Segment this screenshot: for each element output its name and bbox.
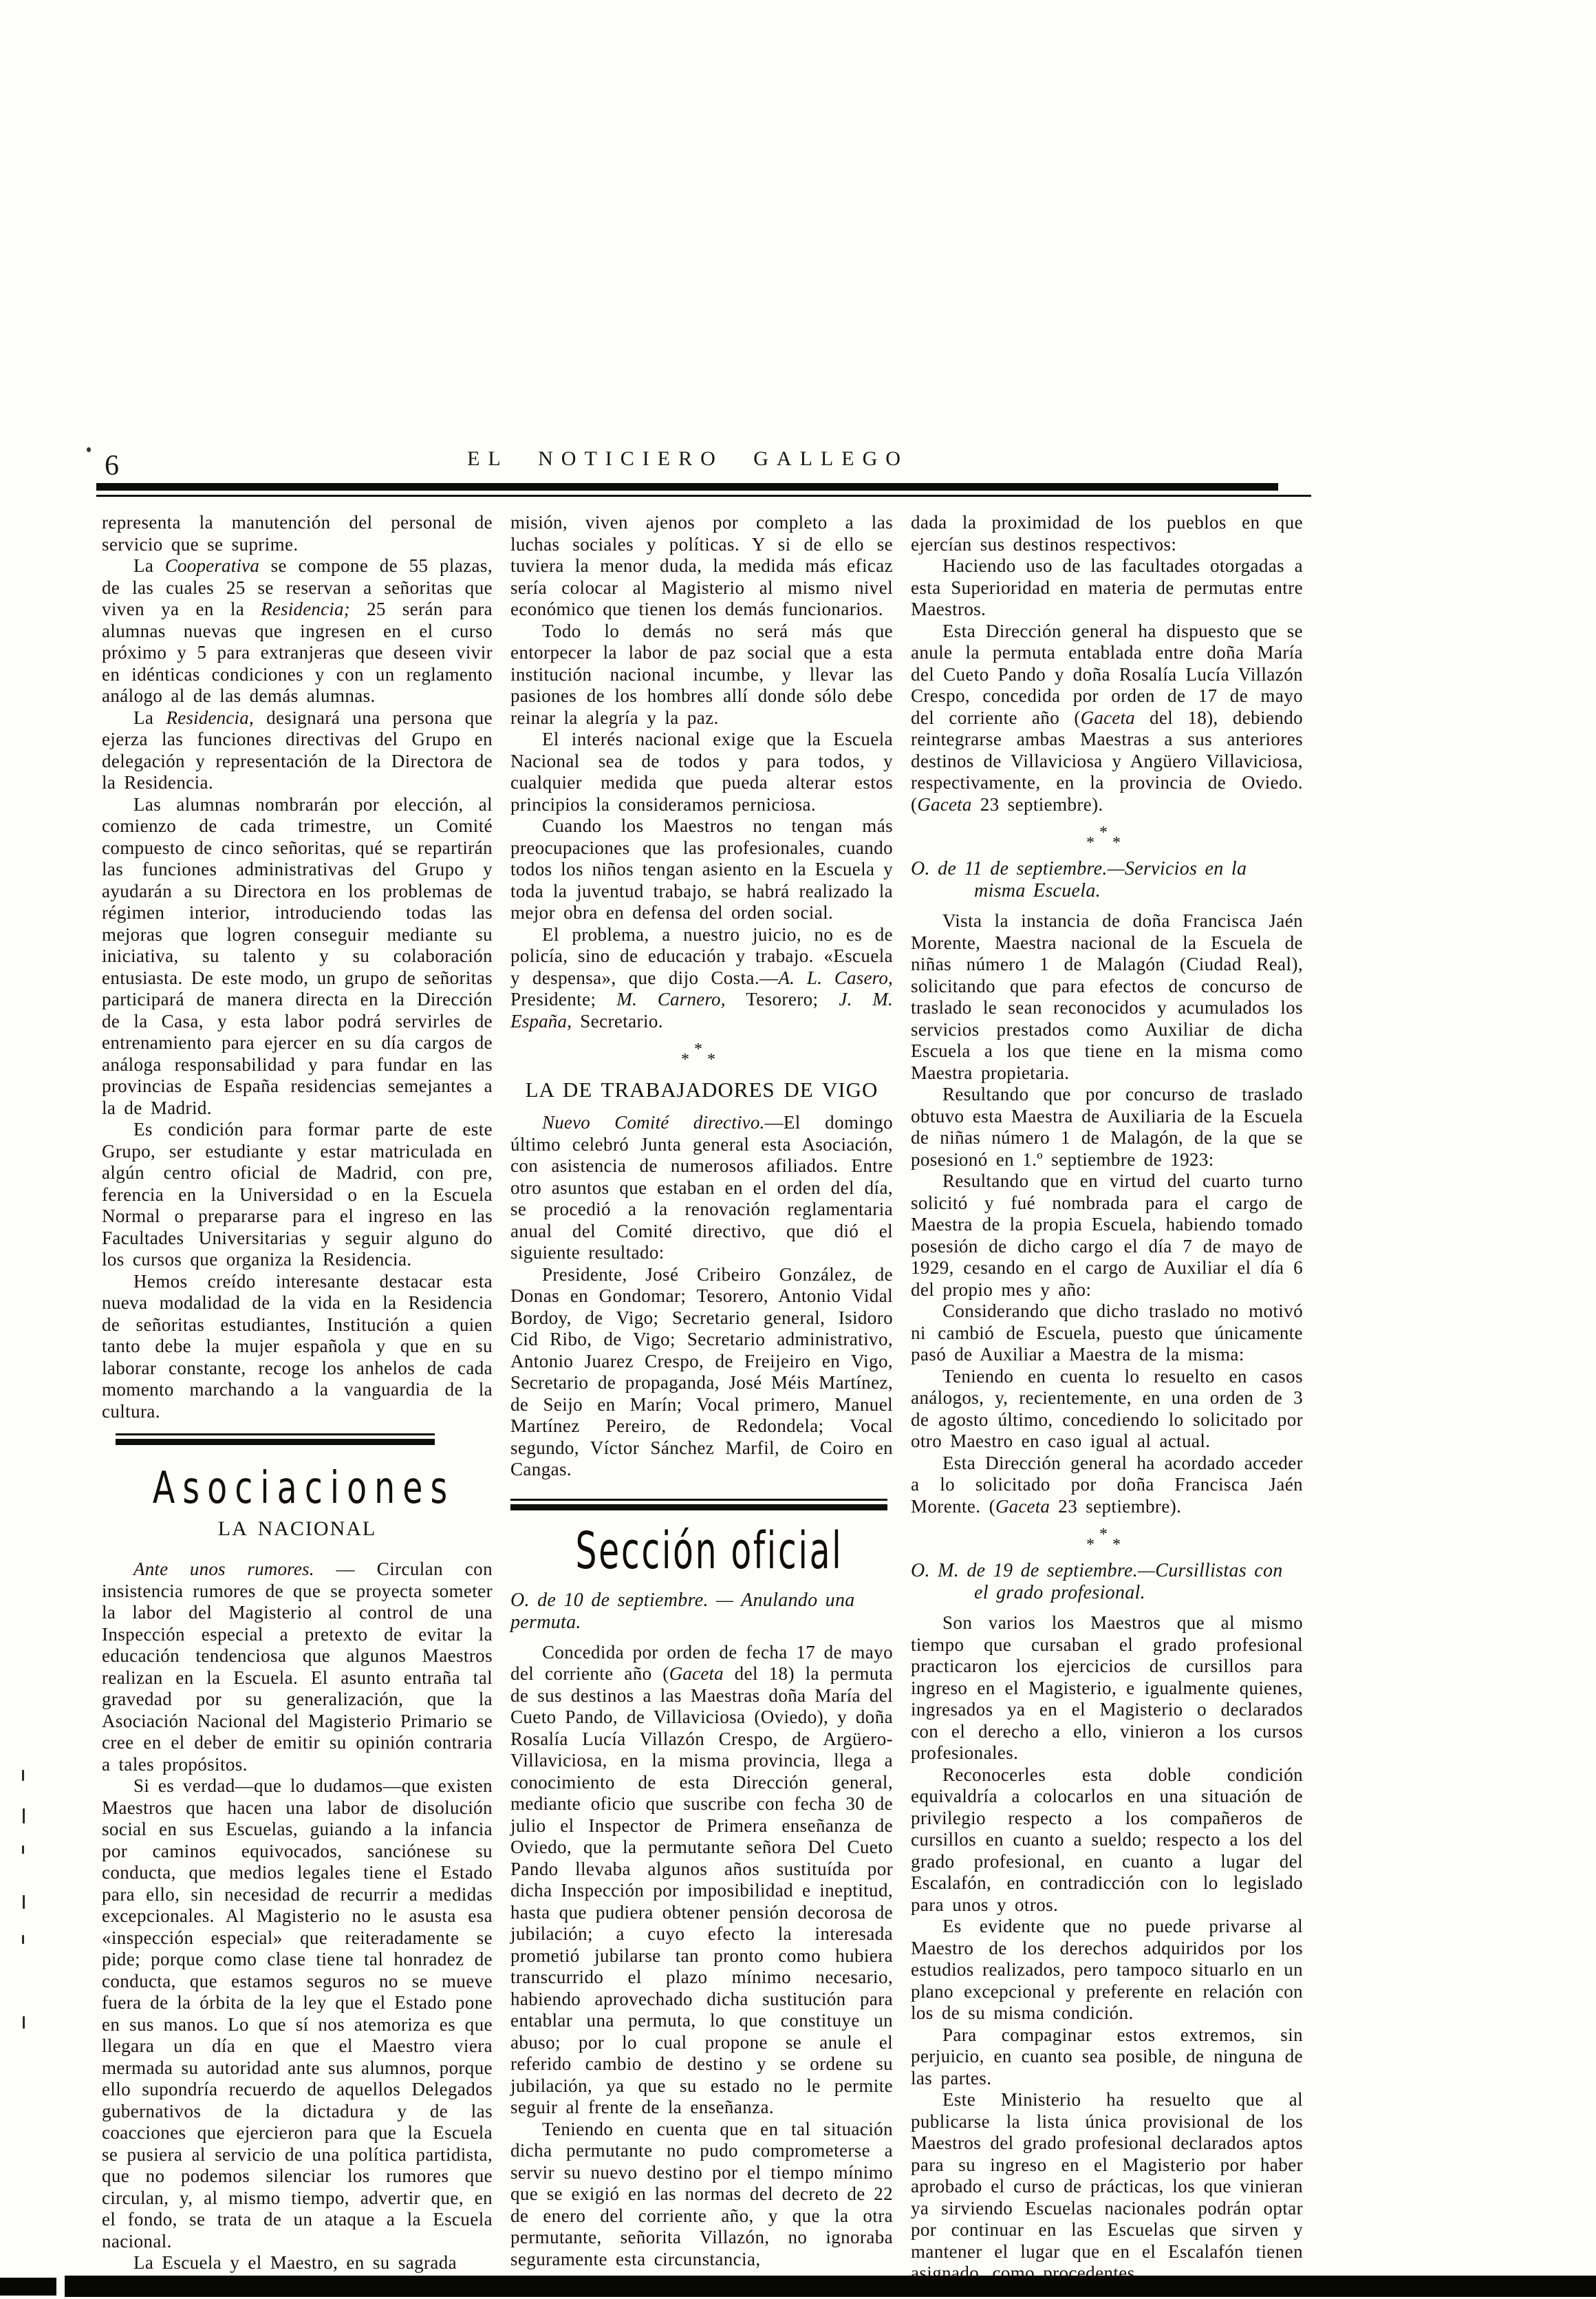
paragraph: representa la manutención del personal d… — [102, 512, 493, 555]
text-column-3: dada la proximidad de los pueblos en que… — [911, 512, 1303, 2285]
asterisk-separator: ** * — [911, 828, 1303, 848]
paragraph: El interés nacional exige que la Escuela… — [510, 729, 893, 815]
paragraph: La Escuela y el Maestro, en su sagrada — [102, 2252, 493, 2274]
newspaper-page: 6 EL NOTICIERO GALLEGO representa la man… — [0, 0, 1596, 2299]
text-column-1: representa la manutención del personal d… — [102, 512, 493, 2274]
paragraph: Cuando los Maestros no tengan más preocu… — [510, 815, 893, 924]
paragraph: misión, viven ajenos por completo a las … — [510, 512, 893, 621]
paragraph: dada la proximidad de los pueblos en que… — [911, 512, 1303, 555]
paragraph: Presidente, José Cribeiro González, de D… — [510, 1264, 893, 1481]
asterisk-separator: ** * — [911, 1530, 1303, 1550]
paragraph: El problema, a nuestro juicio, no es de … — [510, 924, 893, 1033]
paragraph: Teniendo en cuenta lo resuelto en casos … — [911, 1366, 1303, 1453]
paragraph: Si es verdad—que lo dudamos—que existen … — [102, 1775, 493, 2252]
paragraph: Hemos creído interesante destacar esta n… — [102, 1271, 493, 1423]
paragraph: Teniendo en cuenta que en tal situación … — [510, 2119, 893, 2271]
scan-margin-mark — [23, 1895, 25, 1909]
paragraph: Son varios los Maestros que al mismo tie… — [911, 1612, 1303, 1764]
heading-subhead: LA NACIONAL — [102, 1517, 493, 1541]
paragraph: Resultando que por concurso de traslado … — [911, 1084, 1303, 1170]
paragraph: Para compaginar estos extremos, sin perj… — [911, 2024, 1303, 2090]
paragraph: Reconocerles esta doble condición equiva… — [911, 1764, 1303, 1916]
heading-order: O. M. de 19 de septiembre.—Cursillistas … — [911, 1560, 1303, 1604]
paragraph: Ante unos rumores. — Circulan con insist… — [102, 1559, 493, 1775]
paragraph: Nuevo Comité directivo.—El domingo últim… — [510, 1112, 893, 1264]
paragraph: Es condición para formar parte de este G… — [102, 1119, 493, 1271]
scan-margin-mark — [23, 1808, 25, 1824]
paragraph: La Cooperativa se compone de 55 plazas, … — [102, 555, 493, 707]
masthead-rule-thin — [96, 495, 1311, 497]
heading-display: Asociaciones — [153, 1466, 442, 1512]
scan-bottom-bar-corner — [0, 2278, 56, 2296]
scan-margin-mark — [22, 1846, 24, 1854]
paragraph: Resultando que en virtud del cuarto turn… — [911, 1170, 1303, 1301]
scan-margin-mark — [23, 2016, 25, 2029]
paragraph: Este Ministerio ha resuelto que al publi… — [911, 2089, 1303, 2285]
paragraph: Considerando que dicho traslado no motiv… — [911, 1301, 1303, 1366]
paragraph: Concedida por orden de fecha 17 de mayo … — [510, 1642, 893, 2119]
heading-medium: LA DE TRABAJADORES DE VIGO — [510, 1078, 893, 1102]
heading-section: Sección oficial — [576, 1526, 828, 1577]
heading-order: O. de 11 de septiembre.—Servicios en la … — [911, 858, 1303, 902]
paragraph: Esta Dirección general ha acordado acced… — [911, 1453, 1303, 1518]
page-number: 6 — [105, 451, 119, 480]
scan-margin-mark — [22, 1935, 24, 1944]
section-divider-rule — [116, 1433, 435, 1445]
paragraph: La Residencia, designará una persona que… — [102, 707, 493, 794]
paragraph: Esta Dirección general ha dispuesto que … — [911, 621, 1303, 816]
masthead-rule-thick — [96, 483, 1278, 491]
masthead-title: EL NOTICIERO GALLEGO — [440, 449, 936, 469]
scan-bottom-bar — [65, 2276, 1596, 2297]
paragraph: Es evidente que no puede privarse al Mae… — [911, 1916, 1303, 2024]
text-column-2: misión, viven ajenos por completo a las … — [510, 512, 893, 2270]
paragraph: Las alumnas nombrarán por elección, al c… — [102, 794, 493, 1120]
scan-speck — [87, 447, 91, 452]
section-divider-rule — [510, 1499, 887, 1510]
paragraph: Todo lo demás no será más que entorpecer… — [510, 621, 893, 729]
paragraph: Vista la instancia de doña Francisca Jaé… — [911, 910, 1303, 1084]
asterisk-separator: ** * — [510, 1045, 893, 1065]
scan-margin-mark — [22, 1770, 24, 1781]
paragraph: Haciendo uso de las facultades otorgadas… — [911, 555, 1303, 621]
heading-order: O. de 10 de septiembre. — Anulando una p… — [510, 1590, 893, 1634]
